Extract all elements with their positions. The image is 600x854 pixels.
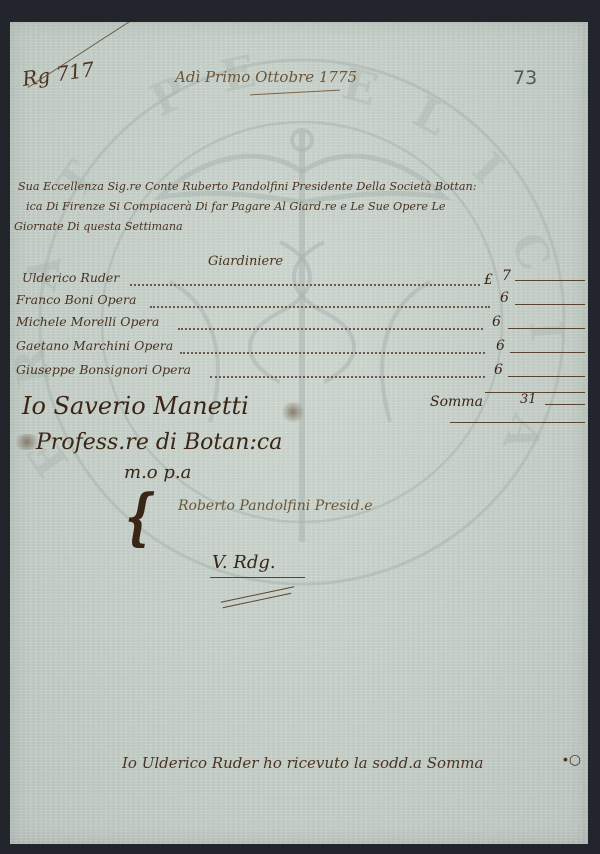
- receipt-flourish: ∙○: [562, 752, 581, 768]
- ledger-row-name: Franco Boni Opera: [16, 292, 136, 307]
- total-value: 31: [520, 392, 537, 407]
- amount-rule: [515, 280, 585, 281]
- amount-rule: [510, 352, 585, 353]
- ink-stain: [280, 402, 306, 422]
- svg-text:I: I: [519, 319, 572, 344]
- leader-dots: [210, 376, 485, 378]
- ledger-heading: Giardiniere: [208, 254, 283, 269]
- receipt-line: Io Ulderico Ruder ho ricevuto la sodd.a …: [122, 754, 483, 772]
- ledger-row-amount: 6: [500, 290, 509, 306]
- ledger-row-amount: 7: [502, 268, 511, 284]
- amount-rule: [508, 376, 585, 377]
- total-label: Somma: [430, 394, 483, 410]
- ledger-row-amount: 6: [492, 314, 501, 330]
- ledger-row-amount: 6: [494, 362, 503, 378]
- currency-symbol: £: [484, 272, 493, 288]
- approval-line-2: Profess.re di Botan:ca: [36, 430, 282, 455]
- leader-dots: [178, 328, 483, 330]
- ink-stain: [12, 434, 42, 450]
- document-page: P E E L I C I A T A R E Rg 717 73 Adì Pr…: [10, 22, 588, 844]
- signature-line: Roberto Pandolfini Presid.e: [178, 498, 372, 514]
- ledger-row-amount: 6: [496, 338, 505, 354]
- leader-dots: [130, 284, 480, 286]
- leader-dots: [180, 352, 485, 354]
- date-line: Adì Primo Ottobre 1775: [175, 68, 357, 86]
- amount-rule: [508, 328, 585, 329]
- body-line-1: Sua Eccellenza Sig.re Conte Ruberto Pand…: [18, 180, 477, 193]
- date-underline: [250, 90, 340, 96]
- total-amount-rule: [545, 404, 585, 405]
- amount-rule: [515, 304, 585, 305]
- leader-dots: [150, 306, 490, 308]
- ledger-row-name: Ulderico Ruder: [22, 270, 119, 285]
- body-line-2: ica Di Firenze Si Compiacerà Di far Paga…: [26, 200, 446, 213]
- ledger-row-name: Gaetano Marchini Opera: [16, 338, 173, 353]
- registry-number: Rg 717: [21, 57, 96, 91]
- total-bottom-rule: [450, 422, 585, 423]
- svg-text:L: L: [405, 87, 456, 147]
- approval-line-3: m.o p.a: [124, 462, 191, 483]
- body-line-3: Giornate Di questa Settimana: [14, 220, 183, 233]
- svg-text:A: A: [493, 407, 553, 458]
- signature-underline: [210, 577, 305, 578]
- page-number: 73: [513, 67, 537, 89]
- ledger-row-name: Giuseppe Bonsignori Opera: [16, 362, 191, 377]
- ledger-row-name: Michele Morelli Opera: [16, 314, 159, 329]
- approval-line-1: Io Saverio Manetti: [22, 392, 249, 420]
- signature-initials: V. Rdg.: [212, 552, 276, 573]
- brace-mark: ❴: [118, 482, 155, 553]
